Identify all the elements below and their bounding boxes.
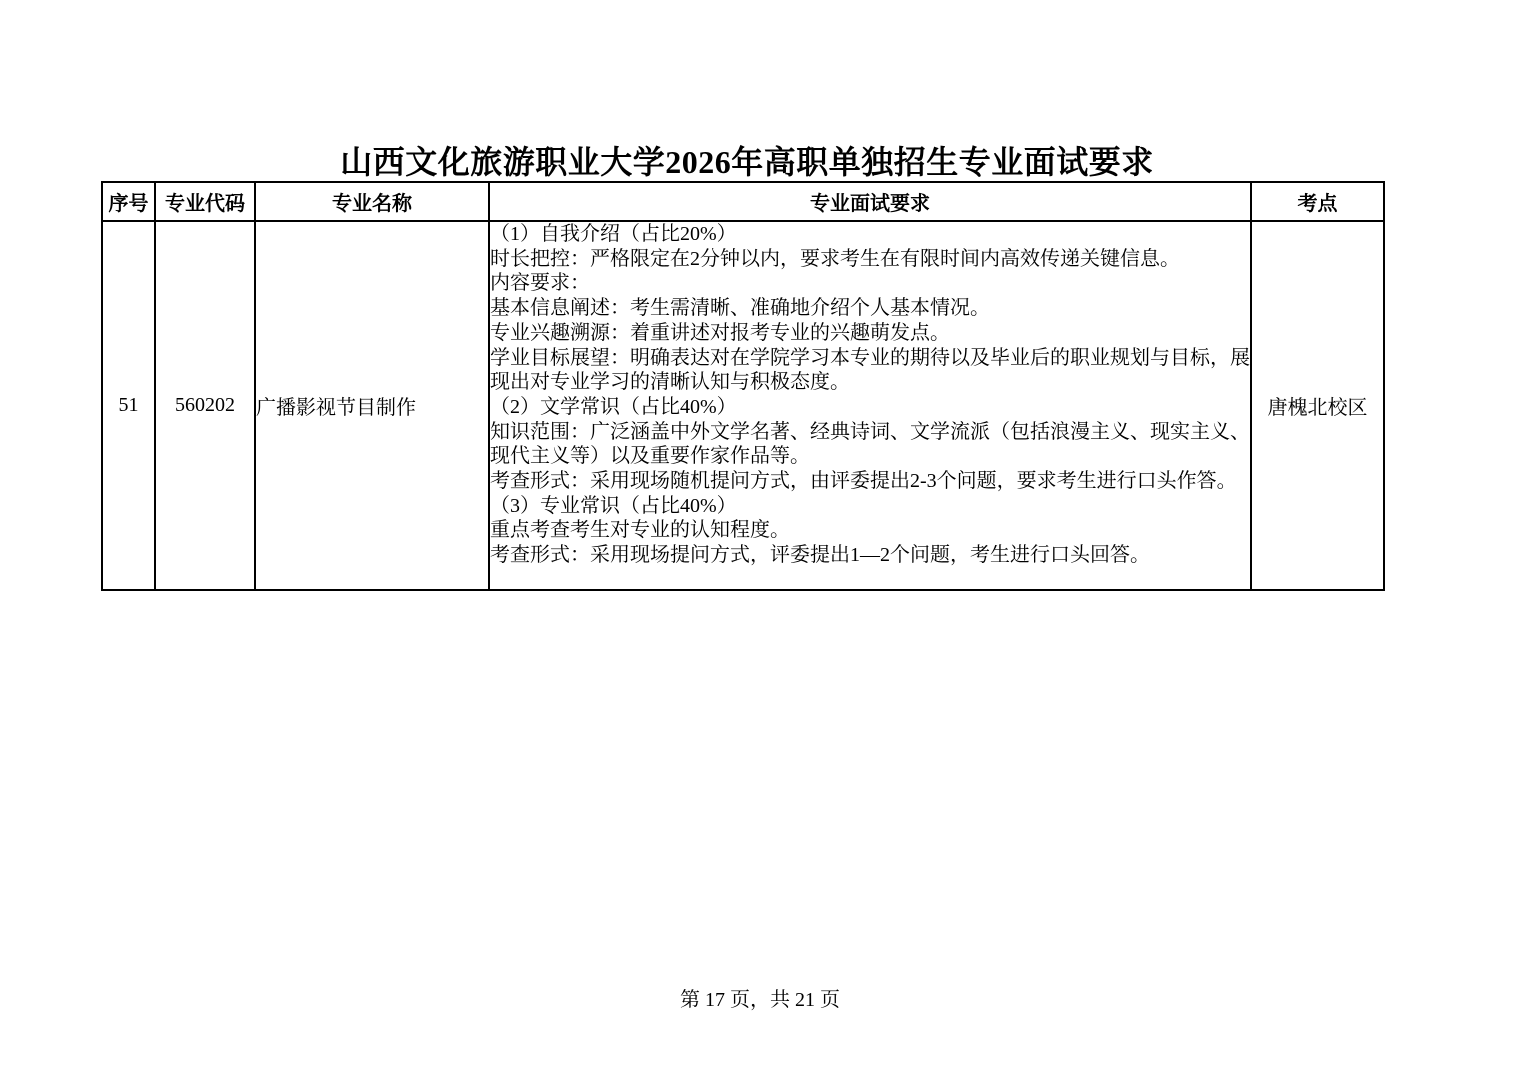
table-row: 51 560202 广播影视节目制作 （1）自我介绍（占比20%）时长把控：严格… <box>102 221 1384 590</box>
cell-major-name: 广播影视节目制作 <box>255 221 489 590</box>
col-header-interview-requirements: 专业面试要求 <box>489 182 1251 221</box>
col-header-major-name: 专业名称 <box>255 182 489 221</box>
cell-seq: 51 <box>102 221 155 590</box>
cell-exam-site: 唐槐北校区 <box>1251 221 1384 590</box>
col-header-seq: 序号 <box>102 182 155 221</box>
document-page: 山西文化旅游职业大学2026年高职单独招生专业面试要求 序号 专业代码 专业名称… <box>0 0 1520 1074</box>
col-header-major-code: 专业代码 <box>155 182 255 221</box>
col-header-exam-site: 考点 <box>1251 182 1384 221</box>
cell-major-code: 560202 <box>155 221 255 590</box>
table-header-row: 序号 专业代码 专业名称 专业面试要求 考点 <box>102 182 1384 221</box>
page-number-footer: 第 17 页，共 21 页 <box>0 983 1520 1012</box>
cell-interview-requirements: （1）自我介绍（占比20%）时长把控：严格限定在2分钟以内，要求考生在有限时间内… <box>489 221 1251 590</box>
page-title: 山西文化旅游职业大学2026年高职单独招生专业面试要求 <box>101 137 1393 183</box>
interview-requirements-table: 序号 专业代码 专业名称 专业面试要求 考点 51 560202 广播影视节目制… <box>101 181 1385 591</box>
